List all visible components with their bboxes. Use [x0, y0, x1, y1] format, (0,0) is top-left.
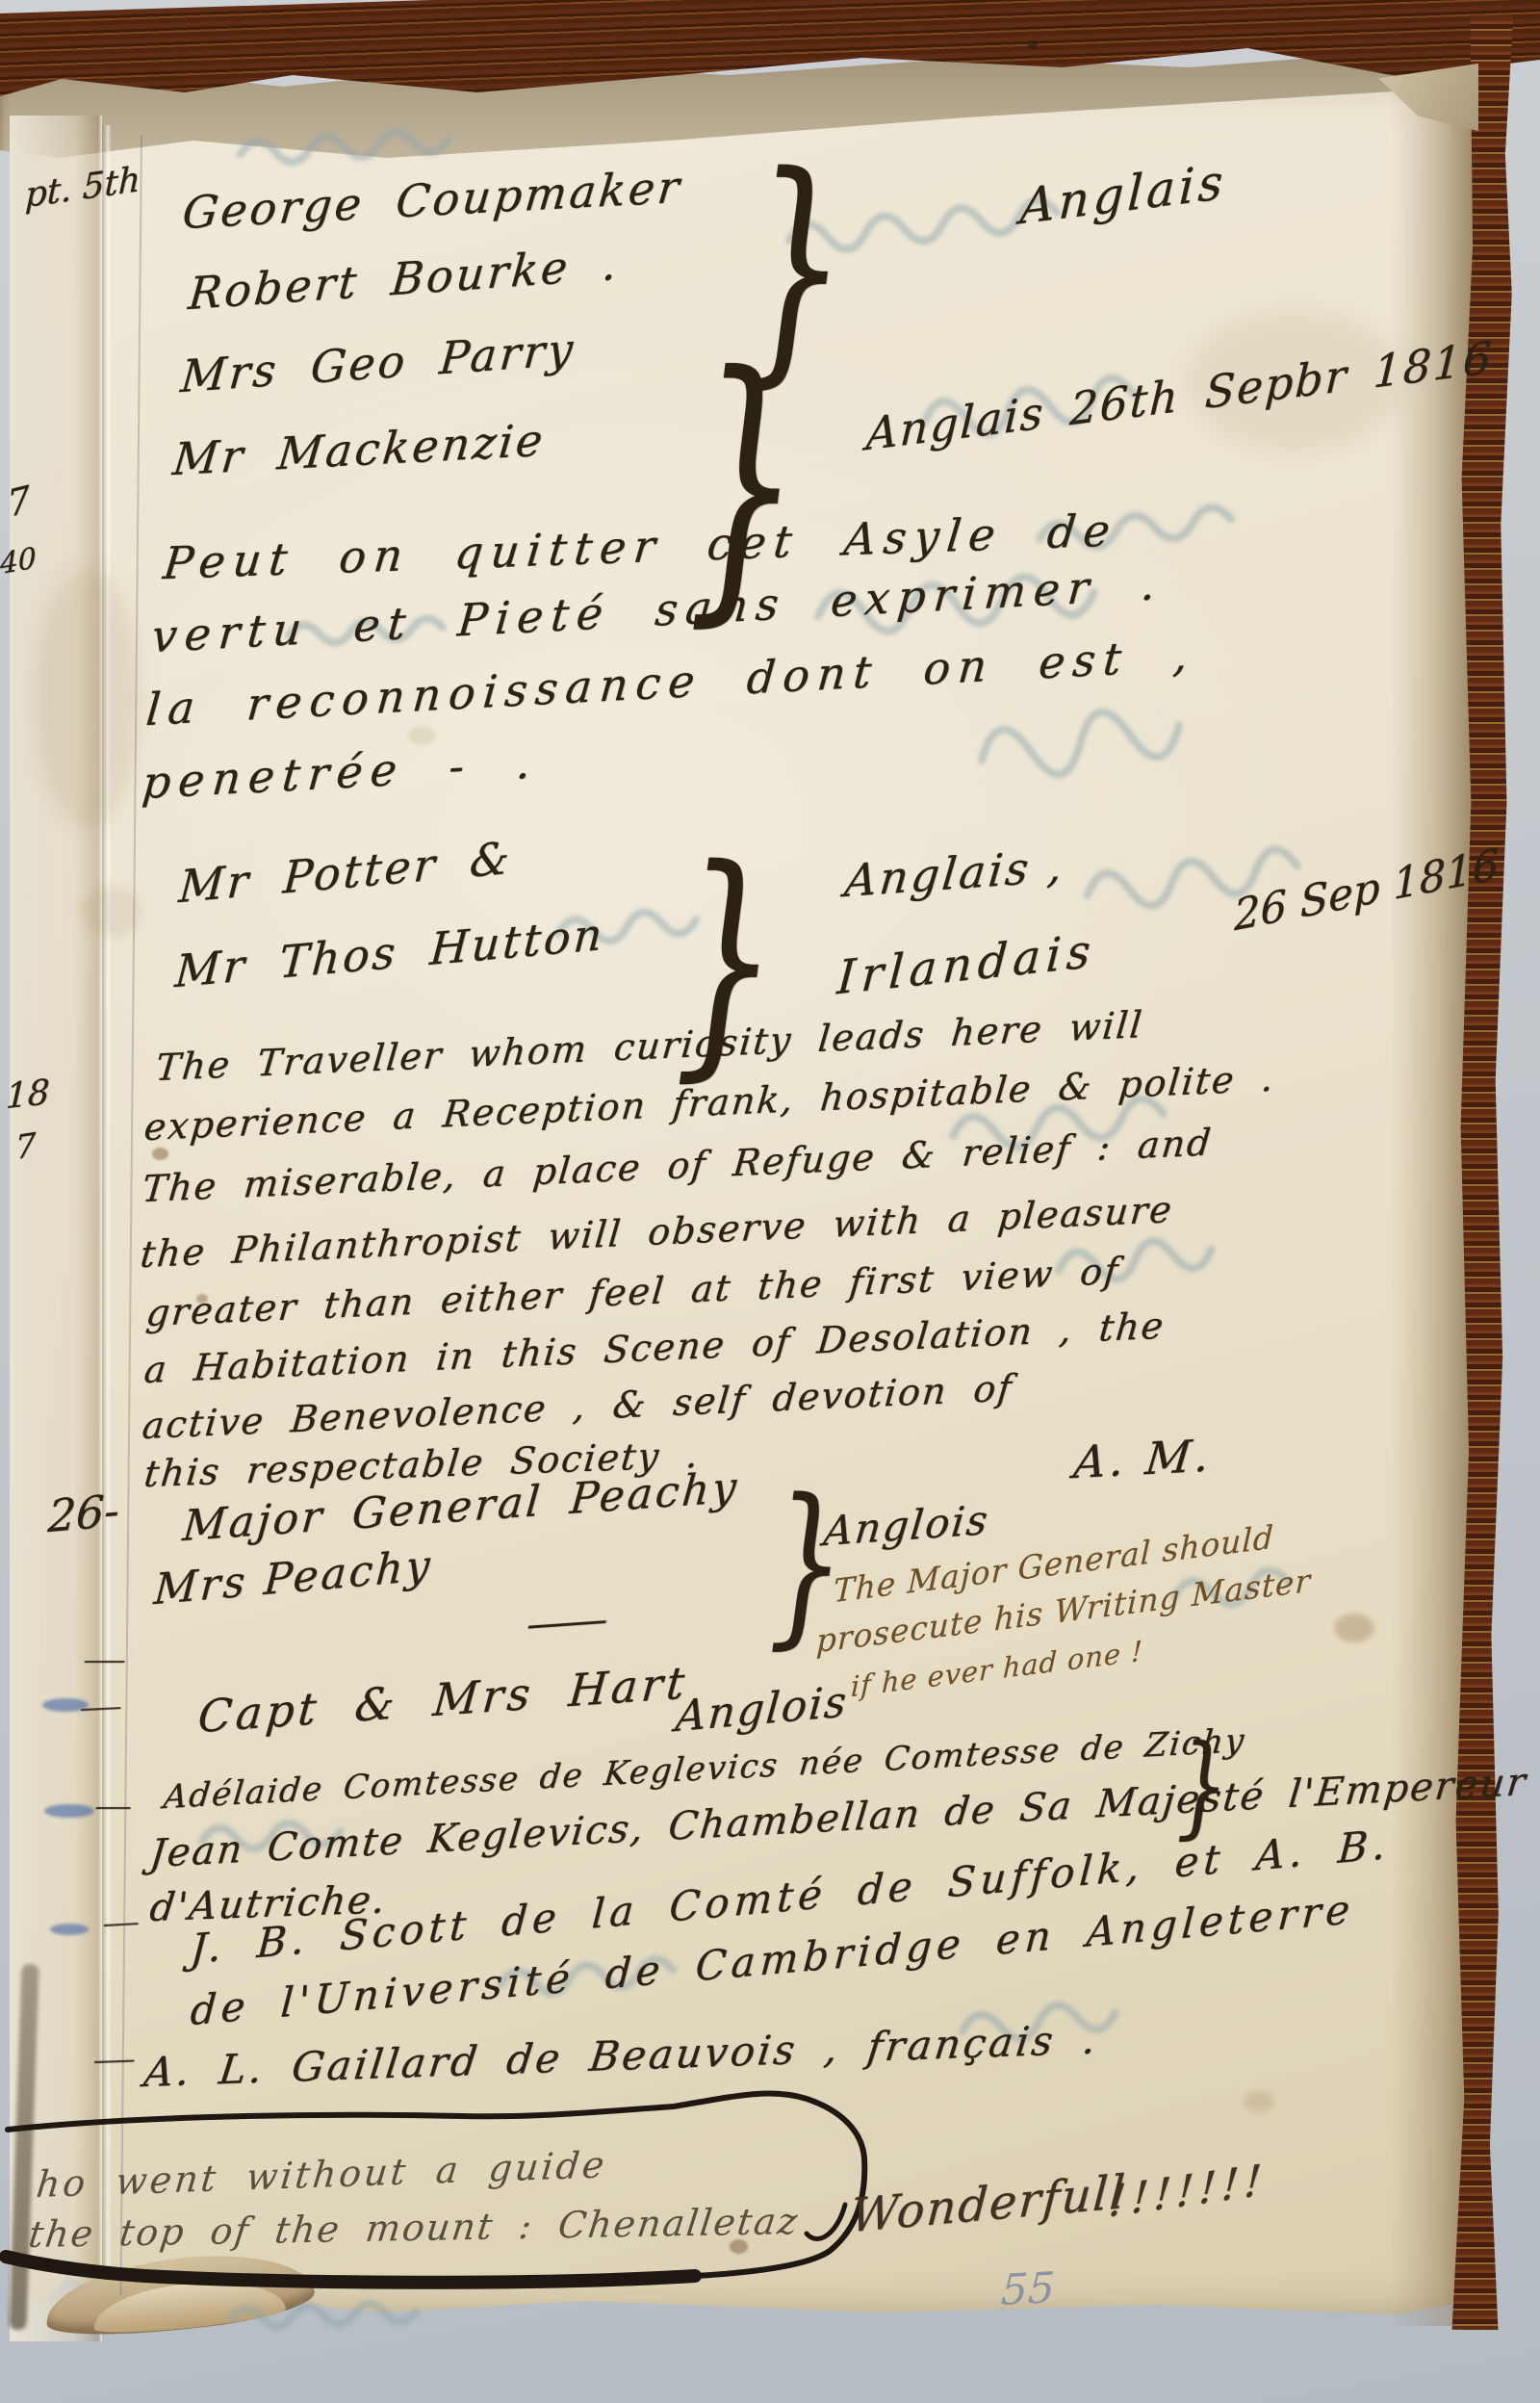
- hand-drawn-loop-outline: [0, 0, 1540, 2403]
- page-number: 55: [1000, 2267, 1056, 2313]
- scanned-register-page: 7 40 18 7 pt. 5th George Coupmaker Rober…: [0, 0, 1540, 2403]
